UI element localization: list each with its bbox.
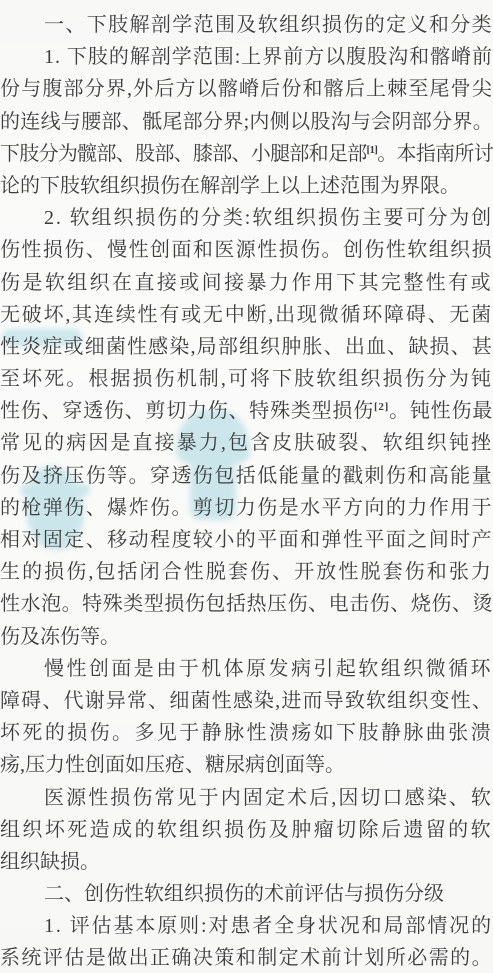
text-line-content: 论的下肢软组织损伤在解剖学上以上述范围为界限。 [0,170,460,202]
text-line-content: 伤性损伤、慢性创面和医源性损伤。创伤性软组织损 [0,234,493,266]
text-line-content: 生的损伤,包括闭合性脱套伤、开放性脱套伤和张力 [0,556,493,588]
text-segment: 。钝性伤最 [389,400,493,422]
text-line: 的枪弹伤、爆炸伤。剪切力伤是水平方向的力作用于 [0,492,493,524]
text-line-content: 慢性创面是由于机体原发病引起软组织微循环 [44,653,493,685]
text-line-content: 伤及挤压伤等。穿透伤包括低能量的戳刺伤和高能量 [0,460,493,492]
text-line-content: 下肢分为髋部、股部、膝部、小腿部和足部[1]。本指南所讨 [0,138,493,170]
text-line-content: 的枪弹伤、爆炸伤。剪切力伤是水平方向的力作用于 [0,492,493,524]
text-segment: 组织坏死造成的软组织损伤及肿瘤切除后遗留的软 [0,819,493,841]
text-segment: 二、创伤性软组织损伤的术前评估与损伤分级 [44,883,444,905]
document-page: 一、下肢解剖学范围及软组织损伤的定义和分类1. 下肢的解剖学范围:上界前方以腹股… [0,0,493,973]
text-line-content: 2. 软组织损伤的分类:软组织损伤主要可分为创 [44,202,493,234]
text-line: 组织缺损。 [0,846,493,878]
body-text: 一、下肢解剖学范围及软组织损伤的定义和分类1. 下肢的解剖学范围:上界前方以腹股… [0,0,493,973]
text-line: 1. 评估基本原则:对患者全身状况和局部情况的 [0,910,493,942]
text-line-content: 的连线与腰部、骶尾部分界;内侧以股沟与会阴部分界。 [0,106,493,138]
text-line: 至坏死。根据损伤机制,可将下肢软组织损伤分为钝 [0,363,493,395]
text-line-content: 性伤、穿透伤、剪切力伤、特殊类型损伤[2]。钝性伤最 [0,395,493,427]
text-line-content: 一、下肢解剖学范围及软组织损伤的定义和分类 [44,9,493,41]
text-segment: 组织缺损。 [0,851,100,873]
text-line-content: 二、创伤性软组织损伤的术前评估与损伤分级 [44,878,444,910]
text-segment: 至坏死。根据损伤机制,可将下肢软组织损伤分为钝 [0,368,493,390]
text-segment: 疡,压力性创面如压疮、糖尿病创面等。 [0,754,345,776]
text-line: 系统评估是做出正确决策和制定术前计划所必需的。 [0,942,493,973]
text-segment: 伤及冻伤等。 [0,626,120,648]
text-line-content: 常见的病因是直接暴力,包含皮肤破裂、软组织钝挫 [0,427,493,459]
text-line: 生的损伤,包括闭合性脱套伤、开放性脱套伤和张力 [0,556,493,588]
text-line-content: 性炎症或细菌性感染,局部组织肿胀、出血、缺损、甚 [0,331,493,363]
text-line-content: 医源性损伤常见于内固定术后,因切口感染、软 [44,782,493,814]
text-line: 2. 软组织损伤的分类:软组织损伤主要可分为创 [0,202,493,234]
text-line-content: 疡,压力性创面如压疮、糖尿病创面等。 [0,749,345,781]
text-line-content: 组织缺损。 [0,846,100,878]
text-line: 慢性创面是由于机体原发病引起软组织微循环 [0,653,493,685]
text-segment: 1. 评估基本原则:对患者全身状况和局部情况的 [44,915,493,937]
text-line: 疡,压力性创面如压疮、糖尿病创面等。 [0,749,493,781]
text-line-content: 伤是软组织在直接或间接暴力作用下其完整性有或 [0,267,493,299]
text-segment: 的枪弹伤、爆炸伤。剪切力伤是水平方向的力作用于 [0,497,493,519]
text-line: 二、创伤性软组织损伤的术前评估与损伤分级 [0,878,493,910]
text-segment: 下肢分为髋部、股部、膝部、小腿部和足部 [0,143,367,165]
text-line: 1. 下肢的解剖学范围:上界前方以腹股沟和髂嵴前 [0,41,493,73]
text-segment: 常见的病因是直接暴力,包含皮肤破裂、软组织钝挫 [0,432,493,454]
text-line: 性水泡。特殊类型损伤包括热压伤、电击伤、烧伤、烫 [0,588,493,620]
text-line: 常见的病因是直接暴力,包含皮肤破裂、软组织钝挫 [0,427,493,459]
text-line: 性炎症或细菌性感染,局部组织肿胀、出血、缺损、甚 [0,331,493,363]
text-segment: 系统评估是做出正确决策和制定术前计划所必需的。 [0,947,493,969]
text-line: 份与腹部分界,外后方以髂嵴后份和髂后上棘至尾骨尖 [0,73,493,105]
text-line: 性伤、穿透伤、剪切力伤、特殊类型损伤[2]。钝性伤最 [0,395,493,427]
text-segment: 伤是软组织在直接或间接暴力作用下其完整性有或 [0,272,493,294]
text-line-content: 组织坏死造成的软组织损伤及肿瘤切除后遗留的软 [0,814,493,846]
text-line: 一、下肢解剖学范围及软组织损伤的定义和分类 [0,9,493,41]
text-segment: 份与腹部分界,外后方以髂嵴后份和髂后上棘至尾骨尖 [0,78,493,100]
text-segment: 相对固定、移动程度较小的平面和弹性平面之间时产 [0,529,493,551]
text-segment: 坏死的损伤。多见于静脉性溃疡如下肢静脉曲张溃 [0,722,493,744]
text-line: 障碍、代谢异常、细菌性感染,进而导致软组织变性、 [0,685,493,717]
text-line: 无破坏,其连续性有或无中断,出现微循环障碍、无菌 [0,299,493,331]
text-segment: 伤及挤压伤等。穿透伤包括低能量的戳刺伤和高能量 [0,465,493,487]
text-line: 伤性损伤、慢性创面和医源性损伤。创伤性软组织损 [0,234,493,266]
text-line: 坏死的损伤。多见于静脉性溃疡如下肢静脉曲张溃 [0,717,493,749]
text-segment: 性炎症或细菌性感染,局部组织肿胀、出血、缺损、甚 [0,336,493,358]
text-segment: 论的下肢软组织损伤在解剖学上以上述范围为界限。 [0,175,460,197]
text-line-content: 障碍、代谢异常、细菌性感染,进而导致软组织变性、 [0,685,493,717]
citation-superscript: [1] [367,144,378,156]
text-line: 伤是软组织在直接或间接暴力作用下其完整性有或 [0,267,493,299]
text-segment: 无破坏,其连续性有或无中断,出现微循环障碍、无菌 [0,304,493,326]
text-line: 伤及挤压伤等。穿透伤包括低能量的戳刺伤和高能量 [0,460,493,492]
text-line-content: 至坏死。根据损伤机制,可将下肢软组织损伤分为钝 [0,363,493,395]
text-line-content: 份与腹部分界,外后方以髂嵴后份和髂后上棘至尾骨尖 [0,73,493,105]
text-line-content: 1. 下肢的解剖学范围:上界前方以腹股沟和髂嵴前 [44,41,493,73]
text-line-content: 无破坏,其连续性有或无中断,出现微循环障碍、无菌 [0,299,493,331]
text-segment: 伤性损伤、慢性创面和医源性损伤。创伤性软组织损 [0,239,493,261]
text-line: 论的下肢软组织损伤在解剖学上以上述范围为界限。 [0,170,493,202]
text-line-content: 伤及冻伤等。 [0,621,120,653]
text-segment: 性伤、穿透伤、剪切力伤、特殊类型损伤 [0,400,374,422]
text-line-content: 相对固定、移动程度较小的平面和弹性平面之间时产 [0,524,493,556]
text-line: 下肢分为髋部、股部、膝部、小腿部和足部[1]。本指南所讨 [0,138,493,170]
text-segment: 2. 软组织损伤的分类:软组织损伤主要可分为创 [44,207,493,229]
text-segment: 一、下肢解剖学范围及软组织损伤的定义和分类 [44,14,493,36]
text-segment: 性水泡。特殊类型损伤包括热压伤、电击伤、烧伤、烫 [0,593,493,615]
text-segment: 生的损伤,包括闭合性脱套伤、开放性脱套伤和张力 [0,561,493,583]
text-line-content: 坏死的损伤。多见于静脉性溃疡如下肢静脉曲张溃 [0,717,493,749]
text-line: 的连线与腰部、骶尾部分界;内侧以股沟与会阴部分界。 [0,106,493,138]
text-line: 伤及冻伤等。 [0,621,493,653]
text-line-content: 1. 评估基本原则:对患者全身状况和局部情况的 [44,910,493,942]
text-segment: 医源性损伤常见于内固定术后,因切口感染、软 [44,787,493,809]
text-line: 组织坏死造成的软组织损伤及肿瘤切除后遗留的软 [0,814,493,846]
text-line: 医源性损伤常见于内固定术后,因切口感染、软 [0,782,493,814]
text-segment: 障碍、代谢异常、细菌性感染,进而导致软组织变性、 [0,690,493,712]
text-line-content: 系统评估是做出正确决策和制定术前计划所必需的。 [0,942,493,973]
text-segment: 慢性创面是由于机体原发病引起软组织微循环 [44,658,493,680]
text-line-content: 性水泡。特殊类型损伤包括热压伤、电击伤、烧伤、烫 [0,588,493,620]
text-segment: 1. 下肢的解剖学范围:上界前方以腹股沟和髂嵴前 [44,46,493,68]
citation-superscript: [2] [374,401,389,413]
text-segment: 的连线与腰部、骶尾部分界;内侧以股沟与会阴部分界。 [0,111,493,133]
text-segment: 。本指南所讨 [377,143,493,165]
text-line: 相对固定、移动程度较小的平面和弹性平面之间时产 [0,524,493,556]
